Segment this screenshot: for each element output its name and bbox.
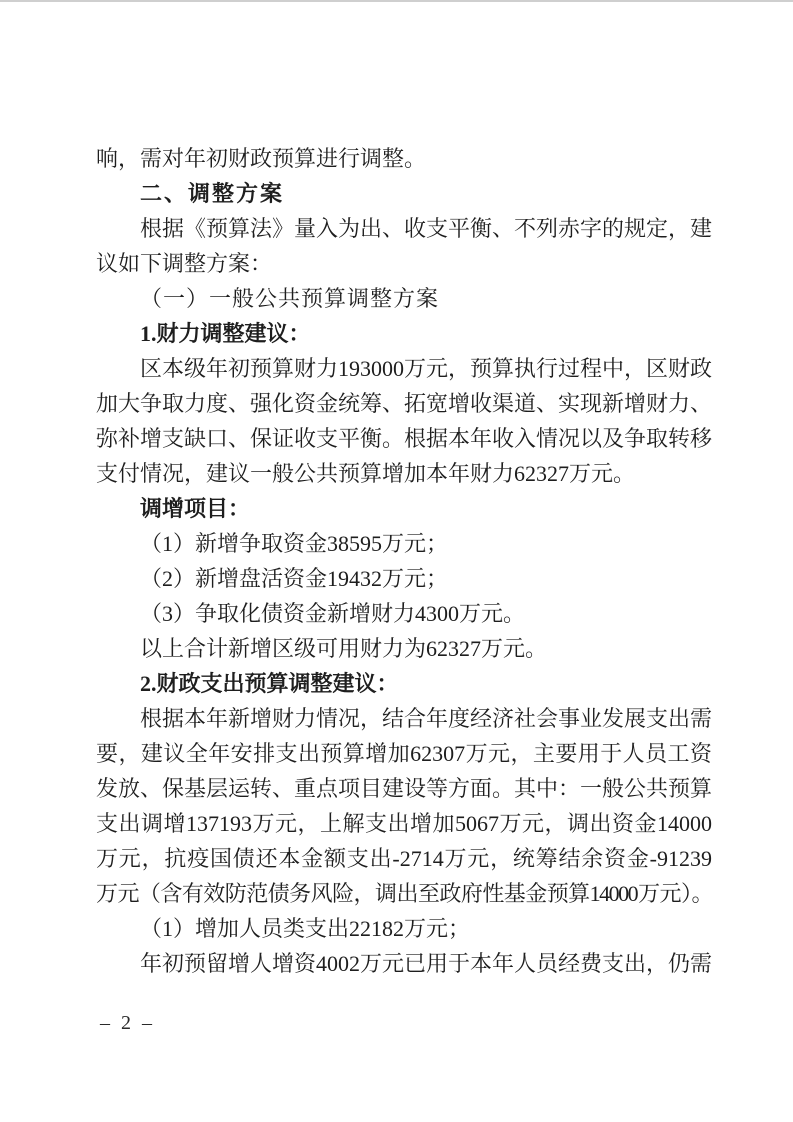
document-page: 响，需对年初财政预算进行调整。 二、调整方案 根据《预算法》量入为出、收支平衡、… — [0, 0, 793, 1122]
doc-line: 弥补增支缺口、保证收支平衡。根据本年收入情况以及争取转移 — [96, 421, 712, 456]
heading-subsection-1: （一）一般公共预算调整方案 — [96, 281, 712, 316]
doc-line: 根据本年新增财力情况，结合年度经济社会事业发展支出需 — [96, 701, 712, 736]
doc-line: 区本级年初预算财力193000万元，预算执行过程中，区财政 — [96, 351, 712, 386]
list-item-personnel: （1）增加人员类支出22182万元； — [96, 911, 712, 946]
doc-line: 根据《预算法》量入为出、收支平衡、不列赤字的规定，建 — [96, 211, 712, 246]
doc-line: 议如下调整方案： — [96, 246, 712, 281]
doc-line: 支出调增137193万元，上解支出增加5067万元，调出资金14000 — [96, 806, 712, 841]
doc-line: 万元（含有效防范债务风险，调出至政府性基金预算14000万元）。 — [96, 876, 712, 911]
doc-line: 要，建议全年安排支出预算增加62307万元，主要用于人员工资 — [96, 736, 712, 771]
list-item-3: （3）争取化债资金新增财力4300万元。 — [96, 596, 712, 631]
heading-item-2: 2.财政支出预算调整建议： — [96, 666, 712, 701]
heading-adjust-items: 调增项目： — [96, 491, 712, 526]
list-item-1: （1）新增争取资金38595万元； — [96, 526, 712, 561]
page-number: – 2 – — [100, 1010, 155, 1036]
document-body: 响，需对年初财政预算进行调整。 二、调整方案 根据《预算法》量入为出、收支平衡、… — [96, 141, 712, 981]
list-item-2: （2）新增盘活资金19432万元； — [96, 561, 712, 596]
doc-line: 以上合计新增区级可用财力为62327万元。 — [96, 631, 712, 666]
heading-section-2: 二、调整方案 — [96, 176, 712, 211]
heading-item-1: 1.财力调整建议： — [96, 316, 712, 351]
doc-line: 加大争取力度、强化资金统筹、拓宽增收渠道、实现新增财力、 — [96, 386, 712, 421]
doc-line: 万元，抗疫国债还本金额支出-2714万元，统筹结余资金-91239 — [96, 841, 712, 876]
doc-line: 支付情况，建议一般公共预算增加本年财力62327万元。 — [96, 456, 712, 491]
doc-line: 响，需对年初财政预算进行调整。 — [96, 141, 712, 176]
doc-line: 发放、保基层运转、重点项目建设等方面。其中：一般公共预算 — [96, 771, 712, 806]
doc-line: 年初预留增人增资4002万元已用于本年人员经费支出，仍需 — [96, 946, 712, 981]
scan-edge-artifact — [0, 0, 793, 2]
